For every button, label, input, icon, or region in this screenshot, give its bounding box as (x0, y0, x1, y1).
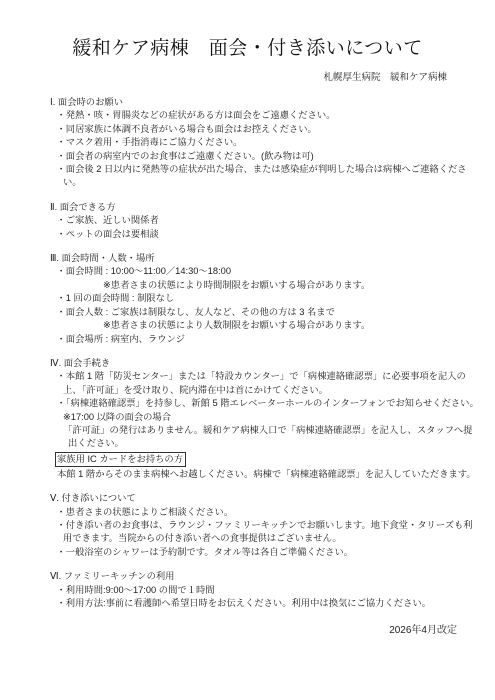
doc-line: ・面会人数 : ご家族は制限なし、友人など、その他の方は 3 名まで (0, 306, 479, 319)
doc-line: ・面会時間 : 10:00～11:00／14:30～18:00 (0, 265, 479, 278)
ic-card-holder-box: 家族用 IC カードをお持ちの方 (55, 452, 186, 467)
doc-line: 「許可証」の発行はありません。緩和ケア病棟入口で「病棟連絡確認票」を記入し、スタ… (0, 424, 479, 451)
section-attendance: Ⅴ. 付き添いについて・患者さまの状態によりご相談ください。・付き添い者のお食事… (0, 492, 479, 559)
doc-line: ※患者さまの状態により人数制限をお願いする場合があります。 (0, 319, 479, 332)
doc-line: ・面会後 2 日以内に発熱等の症状が出た場合、または感染症が判明した場合は病棟へ… (0, 163, 479, 190)
doc-line: ・本館 1 階「防災センター」または「特設カウンター」で「病棟連絡確認票」に必要… (0, 370, 479, 397)
doc-line: ・1 回の面会時間 : 制限なし (0, 292, 479, 305)
document-body: Ⅰ. 面会時のお願い・発熱・咳・胃腸炎などの症状がある方は面会をご遠慮ください。… (0, 96, 479, 610)
doc-line: ・ご家族、近しい関係者 (0, 214, 479, 227)
doc-line: ・ペットの面会は要相談 (0, 228, 479, 241)
section-visit-procedure: Ⅳ. 面会手続き・本館 1 階「防災センター」または「特設カウンター」で「病棟連… (0, 357, 479, 481)
doc-line: ・発熱・咳・胃腸炎などの症状がある方は面会をご遠慮ください。 (0, 109, 479, 122)
section-heading: Ⅱ. 面会できる方 (0, 201, 479, 214)
section-heading: Ⅰ. 面会時のお願い (0, 96, 479, 109)
doc-line: ・面会者の病室内でのお食事はご遠慮ください。(飲み物は可) (0, 150, 479, 163)
hospital-name: 札幌厚生病院 緩和ケア病棟 (0, 69, 495, 83)
doc-line: ・一般浴室のシャワーは予約制です。タオル等は各自ご準備ください。 (0, 546, 479, 559)
doc-line: ・付き添い者のお食事は、ラウンジ・ファミリーキッチンでお願いします。地下食堂・タ… (0, 519, 479, 546)
doc-line: ・利用時間:9:00～17:00 の間で１時間 (0, 584, 479, 597)
section-visit-requests: Ⅰ. 面会時のお願い・発熱・咳・胃腸炎などの症状がある方は面会をご遠慮ください。… (0, 96, 479, 190)
section-heading: Ⅲ. 面会時間・人数・場所 (0, 252, 479, 265)
doc-line: ・「病棟連絡確認票」を持参し、新館 5 階エレベーターホールのインターフォンでお… (0, 397, 479, 410)
doc-line: ・利用方法:事前に看護師へ希望日時をお伝えください。利用中は換気にご協力ください… (0, 597, 479, 610)
section-heading: Ⅵ. ファミリーキッチンの利用 (0, 570, 479, 583)
doc-line: ※17:00 以降の面会の場合 (0, 411, 479, 424)
section-heading: Ⅳ. 面会手続き (0, 357, 479, 370)
section-heading: Ⅴ. 付き添いについて (0, 492, 479, 505)
doc-line: ※患者さまの状態により時間制限をお願いする場合があります。 (0, 279, 479, 292)
section-family-kitchen: Ⅵ. ファミリーキッチンの利用・利用時間:9:00～17:00 の間で１時間・利… (0, 570, 479, 610)
doc-line: ・マスク着用・手指消毒にご協力ください。 (0, 136, 479, 149)
doc-line: ・同居家族に体調不良者がいる場合も面会はお控えください。 (0, 123, 479, 136)
doc-line: ・患者さまの状態によりご相談ください。 (0, 506, 479, 519)
section-visit-time-people-place: Ⅲ. 面会時間・人数・場所・面会時間 : 10:00～11:00／14:30～1… (0, 252, 479, 346)
doc-line: 本館 1 階からそのまま病棟へお越しください。病棟で「病棟連絡確認票」を記入して… (0, 468, 479, 481)
section-who-can-visit: Ⅱ. 面会できる方・ご家族、近しい関係者・ペットの面会は要相談 (0, 201, 479, 241)
revision-date: 2026年4月改定 (0, 621, 495, 636)
doc-line: ・面会場所 : 病室内、ラウンジ (0, 333, 479, 346)
document-title: 緩和ケア病棟 面会・付き添いについて (0, 0, 495, 60)
doc-line: 家族用 IC カードをお持ちの方 (0, 452, 479, 467)
document-page: 緩和ケア病棟 面会・付き添いについて 札幌厚生病院 緩和ケア病棟 Ⅰ. 面会時の… (0, 0, 495, 700)
